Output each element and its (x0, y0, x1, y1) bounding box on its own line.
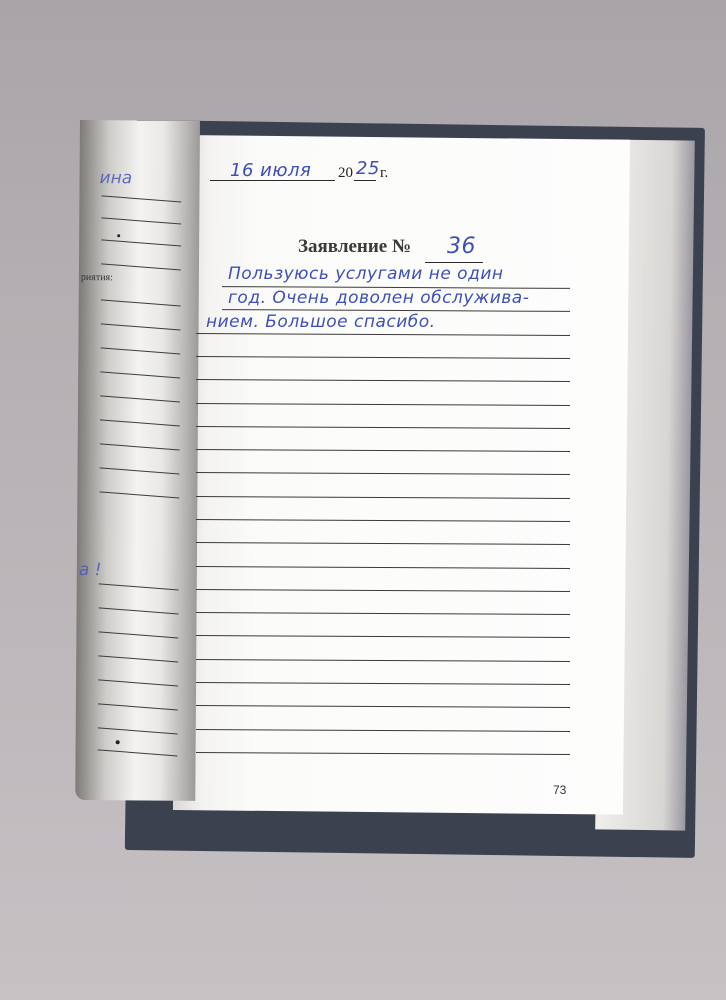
date-year: 25 (356, 158, 380, 179)
page-number: 73 (553, 783, 566, 797)
date-century: 20 (338, 165, 353, 182)
body-line-1: Пользуюсь услугами не один (228, 264, 504, 284)
left-page: ина риятия: а ! (75, 120, 200, 801)
body-line-2: год. Очень доволен обслужива- (228, 288, 529, 308)
date-suffix: г. (380, 165, 388, 182)
date-day-month: 16 июля (230, 160, 311, 181)
statement-title: Заявление № (298, 236, 411, 258)
left-handwritten-fragment-bottom: а ! (79, 560, 102, 580)
left-handwritten-fragment-top: ина (100, 168, 133, 188)
left-printed-fragment: риятия: (81, 272, 113, 283)
date-field: 16 июля 20 25 г. (210, 158, 440, 186)
statement-number: 36 (447, 234, 476, 259)
body-line-3: нием. Большое спасибо. (206, 312, 436, 332)
